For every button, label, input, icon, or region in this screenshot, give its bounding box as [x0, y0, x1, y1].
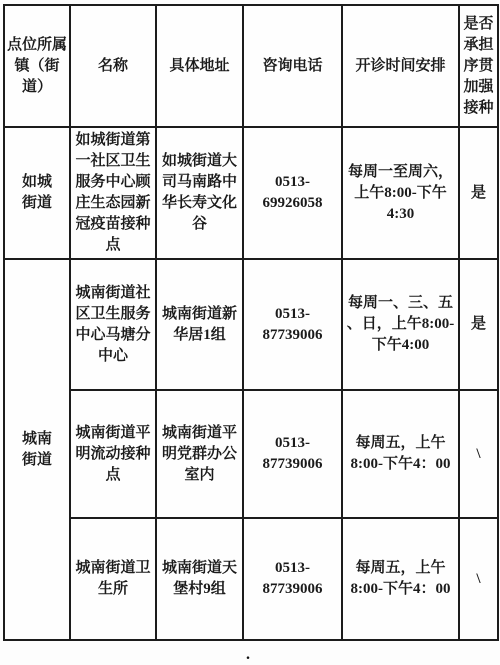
cell-address: 城南街道平 明党群办公 室内: [156, 390, 243, 518]
cell-booster: \: [459, 390, 498, 518]
cell-phone: 0513- 87739006: [243, 259, 342, 390]
cell-site-name: 城南街道社 区卫生服务 中心马塘分 中心: [70, 259, 156, 390]
cell-site-name: 城南街道平 明流动接种 点: [70, 390, 156, 518]
table-row: 如城 街道 如城街道第 一社区卫生 服务中心顾 庄生态园新 冠疫苗接种 点 如城…: [4, 127, 498, 259]
table-row: 城南 街道 城南街道社 区卫生服务 中心马塘分 中心 城南街道新 华居1组 05…: [4, 259, 498, 390]
col-header-town-street: 点位所属 镇（街 道）: [4, 5, 70, 127]
vaccination-sites-table: 点位所属 镇（街 道） 名称 具体地址 咨询电话 开诊时间安排 是否 承担 序贯…: [3, 4, 499, 641]
cell-address: 如城街道大 司马南路中 华长寿文化 谷: [156, 127, 243, 259]
cell-schedule: 每周五，上午 8:00-下午4：00: [342, 390, 459, 518]
scanned-document: 点位所属 镇（街 道） 名称 具体地址 咨询电话 开诊时间安排 是否 承担 序贯…: [3, 4, 497, 641]
table-row: 城南街道平 明流动接种 点 城南街道平 明党群办公 室内 0513- 87739…: [4, 390, 498, 518]
col-header-schedule: 开诊时间安排: [342, 5, 459, 127]
table-row: 城南街道卫 生所 城南街道天 堡村9组 0513- 87739006 每周五，上…: [4, 518, 498, 640]
cell-booster: 是: [459, 127, 498, 259]
cell-phone: 0513- 69926058: [243, 127, 342, 259]
cell-phone: 0513- 87739006: [243, 390, 342, 518]
cell-address: 城南街道新 华居1组: [156, 259, 243, 390]
col-header-name: 名称: [70, 5, 156, 127]
cell-booster: \: [459, 518, 498, 640]
cell-site-name: 如城街道第 一社区卫生 服务中心顾 庄生态园新 冠疫苗接种 点: [70, 127, 156, 259]
col-header-phone: 咨询电话: [243, 5, 342, 127]
cell-town-rucheng: 如城 街道: [4, 127, 70, 259]
cell-phone: 0513- 87739006: [243, 518, 342, 640]
stray-scan-dot: .: [246, 646, 250, 664]
col-header-sequential-booster: 是否 承担 序贯 加强 接种: [459, 5, 498, 127]
header-row: 点位所属 镇（街 道） 名称 具体地址 咨询电话 开诊时间安排 是否 承担 序贯…: [4, 5, 498, 127]
cell-booster: 是: [459, 259, 498, 390]
cell-address: 城南街道天 堡村9组: [156, 518, 243, 640]
cell-schedule: 每周一、三、五 、日，上午8:00- 下午4:00: [342, 259, 459, 390]
cell-schedule: 每周五，上午 8:00-下午4：00: [342, 518, 459, 640]
cell-town-chengnan: 城南 街道: [4, 259, 70, 640]
cell-site-name: 城南街道卫 生所: [70, 518, 156, 640]
cell-schedule: 每周一至周六， 上午8:00-下午 4:30: [342, 127, 459, 259]
col-header-address: 具体地址: [156, 5, 243, 127]
